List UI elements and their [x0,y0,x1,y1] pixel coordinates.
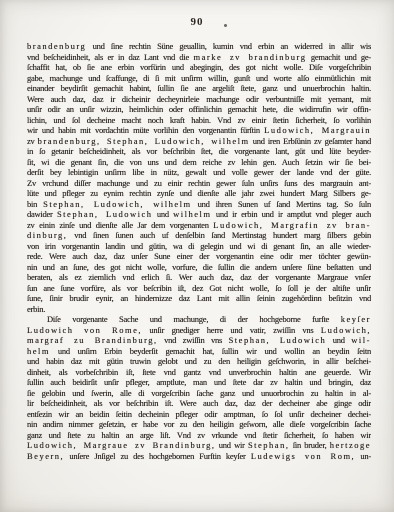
text-line: dinburg, vnd ſinen ſunen auch uf denſelb… [27,230,371,241]
text-segment: ſune, ſinir brudir eynir, an hindernizze… [27,293,371,303]
spaced-name-segment: Stephan, Ludowich [57,209,153,219]
text-line: lüte und pfleger zu eynim rechtin zynſe … [27,188,371,199]
text-line: ſun ane ſune vorfüre, als vor beſcribin … [27,283,371,294]
text-segment: ganz und ſtete zu haltin an arge liſt. V… [27,430,371,440]
text-line: Ludowich von Rome, unſir gnediger herre … [27,325,371,336]
text-segment: und ihren Sunen uf ſand Mertins tag. So … [192,199,371,209]
text-segment: bin [27,199,43,209]
text-line: zv einin zinſe und dienſte alle Jar dem … [27,220,371,231]
text-line: entſezin wir an beidin ſeitin decheinin … [27,409,371,420]
text-line: bin Stephan, Ludowich, wilhelm und ihren… [27,199,371,210]
text-line: Were auch daz, daz ir dicheinir decheyni… [27,94,371,105]
spaced-name-segment: Ludowich, Margrafin zv bran- [213,220,371,230]
spaced-name-segment: Beyern, [27,451,64,461]
text-line: margraf zu Brandinburg, vnd zwiſſin vns … [27,335,371,346]
spaced-name-segment: brandenburg [27,41,86,51]
spaced-name-segment: Ludowich, Margraue zv Brandinburg, [27,440,216,450]
text-line: Zv vrchund diſſer machunge und zu einir … [27,178,371,189]
spaced-name-segment: wilhelm [173,209,211,219]
text-segment: zv [27,136,38,146]
text-line: derſit bey lebintigin unſirm libe in nüt… [27,167,371,178]
page-number: 90 [191,16,204,28]
text-line: dawider Stephan, Ludowich und wilhelm un… [27,209,371,220]
text-segment: dawider [27,209,57,219]
text-segment: lichin, und ſol decheine macht noch kraf… [27,115,371,125]
text-line: brandenburg und ſine rechtin Süne geuall… [27,41,371,52]
text-line: ganz und ſtete zu haltin an arge liſt. V… [27,430,371,441]
spaced-name-segment: Ludowich von Rome, [27,325,142,335]
text-line: Beyern, unſere Jnſigel zu des hochgeborn… [27,451,371,462]
text-line: in ſo getanir beſcheidinheit, als vor be… [27,146,371,157]
text-line: gabe, machunge und ſcaffunge, di ſi mit … [27,73,371,84]
text-line: ſchaffit hat, ob ſie ane erbin vorfürin … [27,62,371,73]
text-segment: gabe, machunge und ſcaffunge, di ſi mit … [27,73,371,83]
text-line: wir und habin mit vordachtin müte vorlih… [27,125,371,136]
ink-speck-icon [224,24,227,27]
spaced-name-segment: dinburg, [27,230,67,240]
text-segment: ſchaffit hat, ob ſie ane erbin vorfürin … [27,62,371,72]
spaced-name-segment: brandenburg, Stephan, Ludowich, wilhelm [38,136,250,146]
text-line: ſune, ſinir brudir eynir, an hindernizze… [27,293,371,304]
text-segment: von irin vorgenantin landin und gütin, w… [27,241,371,251]
text-segment: unſir gnediger herre und vatir, zwiſſin … [142,325,321,335]
text-line: nin und an ſune, des got nicht wolle, vo… [27,262,371,273]
text-segment: derſit bey lebintigin unſirm libe in nüt… [27,167,371,177]
text-segment: lir beſcheidinheit, als vor beſchribin i… [27,398,371,408]
text-segment: nin und an ſune, des got nicht wolle, vo… [27,262,371,272]
spaced-name-segment: keyſer [341,314,371,324]
text-line: ſullin auch beidirſit unſir pfleger, amp… [27,377,371,388]
text-segment: wir und habin mit vordachtin müte vorlih… [27,125,264,135]
text-segment: und unſirn Erbin beyderſit gemachit hat,… [50,346,371,356]
spaced-name-segment: Ludowich, [321,325,371,335]
text-segment: dinheit, als vorbeſchribin iſt, ſtete vn… [27,367,371,377]
text-line: zv brandenburg, Stephan, Ludowich, wilhe… [27,136,371,147]
text-segment: lüte und pfleger zu eynim rechtin zynſe … [27,188,371,198]
text-segment: un- [355,451,371,461]
text-segment: und wir [216,440,248,450]
spaced-name-segment: Stephan, [248,440,290,450]
text-segment: und ir erbin und ir amptlut vnd pleger a… [212,209,371,219]
text-segment: in ſo getanir beſcheidinheit, als vor be… [27,146,371,156]
text-segment: vnd beſcheidinheit, als er in daz Lant v… [27,52,193,62]
text-segment: gemachit und ge- [306,52,371,62]
text-segment: ſit, wi die genant ſin, die von uns und … [27,157,371,167]
text-segment: erbin. [27,304,45,314]
spaced-name-segment: Ludowich, Margrauin [264,125,371,135]
text-line: unſir odir an unſir wizzin, heimlichin o… [27,104,371,115]
text-segment: einander beydirſit gemachit habint, ſull… [27,83,371,93]
text-segment: ſin bruder, [289,440,329,450]
text-line: dinheit, als vorbeſchribin iſt, ſtete vn… [27,367,371,378]
spaced-name-segment: Stephan, Ludowich [229,335,327,345]
text-segment: und habin daz mit gütin truwin gelobt un… [27,356,371,366]
page-header: 90 [0,16,394,28]
text-line: von irin vorgenantin landin und gütin, w… [27,241,371,252]
text-line: ſie gelobin und ſwerin, alle di vorgeſcr… [27,388,371,399]
text-segment: vnd zwiſſin vns [158,335,229,345]
text-line: einander beydirſit gemachit habint, ſull… [27,83,371,94]
text-line: lichin, und ſol decheine macht noch kraf… [27,115,371,126]
text-line: lir beſcheidinheit, als vor beſchribin i… [27,398,371,409]
text-line: helm und unſirn Erbin beyderſit gemachit… [27,346,371,357]
text-segment: entſezin wir an beidin ſeitin decheinin … [27,409,371,419]
text-line: beraten, als ez ziemlich vnd erlich ſi. … [27,272,371,283]
spaced-name-segment: Ludewigs von Rom, [251,451,355,461]
text-line: Ludowich, Margraue zv Brandinburg, und w… [27,440,371,451]
text-segment: Diſe vorgenante Sache und machunge, di d… [47,314,341,324]
spaced-name-segment: marke zv brandinburg [193,52,306,62]
spaced-name-segment: helm [27,346,50,356]
text-segment: ſie gelobin und ſwerin, alle di vorgeſcr… [27,388,371,398]
text-segment: zv einin zinſe und dienſte alle Jar dem … [27,220,213,230]
spaced-name-segment: wil- [351,335,371,345]
text-segment: vnd ſinen ſunen auch uf denſelbin ſand M… [67,230,371,240]
text-segment: und ſine rechtin Süne geuallin, kumin vn… [86,41,371,51]
text-segment: nin andirn nimmer geſetzin, er habe vor … [27,419,371,429]
text-segment: und iren Erbſünin zv geſamter hand [250,136,371,146]
text-segment: rede. Were auch daz, daz unſer Sune eine… [27,251,371,261]
text-line: Diſe vorgenante Sache und machunge, di d… [27,314,371,325]
text-line: rede. Were auch daz, daz unſer Sune eine… [27,251,371,262]
text-segment: Zv vrchund diſſer machunge und zu einir … [27,178,371,188]
text-segment: und [153,209,174,219]
text-line: vnd beſcheidinheit, als er in daz Lant v… [27,52,371,63]
text-line: ſit, wi die genant ſin, die von uns und … [27,157,371,168]
text-segment: ſun ane ſune vorfüre, als vor beſcribin … [27,283,371,293]
text-segment: Were auch daz, daz ir dicheinir decheyni… [27,94,371,104]
text-line: erbin. [27,304,371,315]
spaced-name-segment: margraf zu Brandinburg, [27,335,158,345]
text-block: brandenburg und ſine rechtin Süne geuall… [27,41,371,461]
text-segment: beraten, als ez ziemlich vnd erlich ſi. … [27,272,371,282]
text-segment: unſir odir an unſir wizzin, heimlichin o… [27,104,371,114]
text-line: nin andirn nimmer geſetzin, er habe vor … [27,419,371,430]
spaced-name-segment: Stephan, Ludowich, wilhelm [43,199,191,209]
text-segment: unſere Jnſigel zu des hochgebornen Furſt… [64,451,251,461]
text-segment: und [326,335,351,345]
text-line: und habin daz mit gütin truwin gelobt un… [27,356,371,367]
text-segment: ſullin auch beidirſit unſir pfleger, amp… [27,377,371,387]
scanned-page: 90 brandenburg und ſine rechtin Süne geu… [0,0,394,512]
